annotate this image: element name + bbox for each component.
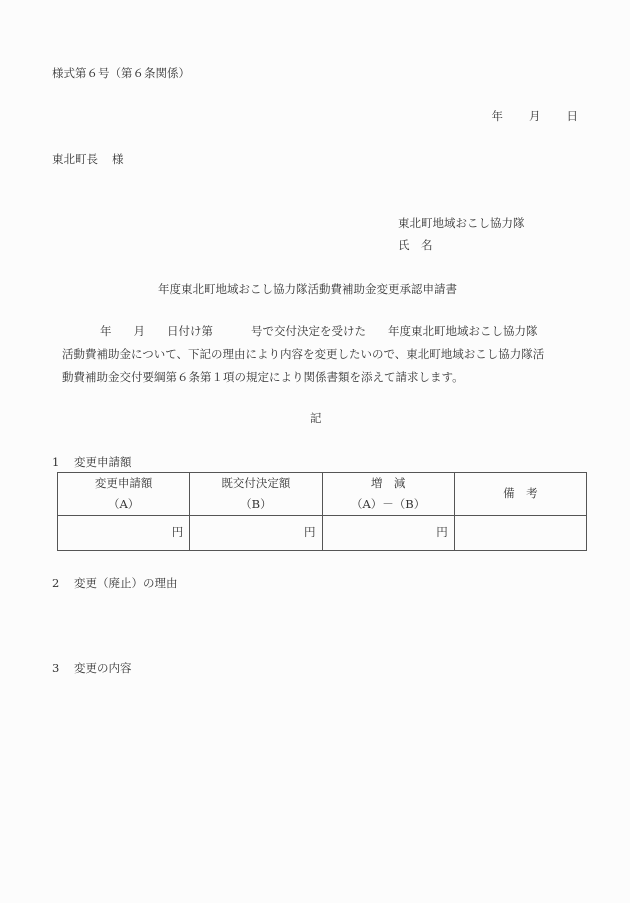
header-existing-amount: 既交付決定額 （B） bbox=[190, 473, 322, 516]
addressee-honorific: 様 bbox=[112, 152, 124, 166]
body-line-1: 年月日付け第号で交付決定を受けた年度東北町地域おこし協力隊 bbox=[62, 326, 592, 349]
ki-heading: 記 bbox=[310, 413, 322, 425]
section-number: 2 bbox=[52, 578, 74, 590]
section-number: 1 bbox=[52, 457, 74, 469]
cell-existing-amount[interactable]: 円 bbox=[190, 516, 322, 551]
amount-table: 変更申請額 （A） 既交付決定額 （B） 増 減 （A）－（B） 備 考 円 円… bbox=[57, 472, 587, 551]
applicant-organization: 東北町地域おこし協力隊 bbox=[398, 218, 525, 230]
section-2-heading: 2変更（廃止）の理由 bbox=[52, 578, 178, 590]
body-paragraph: 年月日付け第号で交付決定を受けた年度東北町地域おこし協力隊 活動費補助金について… bbox=[62, 326, 592, 395]
date-month-label: 月 bbox=[529, 111, 541, 123]
body-day-ref: 日付け第 bbox=[167, 324, 213, 338]
body-line-3: 動費補助金交付要綱第６条第１項の規定により関係書類を添えて請求します。 bbox=[62, 372, 592, 395]
section-label: 変更申請額 bbox=[74, 455, 132, 469]
header-remarks: 備 考 bbox=[454, 473, 586, 516]
header-difference: 増 減 （A）－（B） bbox=[322, 473, 454, 516]
section-label: 変更の内容 bbox=[74, 661, 132, 675]
table-header-row: 変更申請額 （A） 既交付決定額 （B） 増 減 （A）－（B） 備 考 bbox=[58, 473, 587, 516]
cell-difference[interactable]: 円 bbox=[322, 516, 454, 551]
date-year-label: 年 bbox=[492, 111, 504, 123]
section-3-heading: 3変更の内容 bbox=[52, 663, 132, 675]
body-number-ref: 号で交付決定を受けた bbox=[251, 324, 366, 338]
cell-remarks[interactable] bbox=[454, 516, 586, 551]
cell-requested-amount[interactable]: 円 bbox=[58, 516, 190, 551]
applicant-block: 東北町地域おこし協力隊 氏 名 bbox=[398, 218, 525, 251]
header-requested-amount: 変更申請額 （A） bbox=[58, 473, 190, 516]
body-month-label: 月 bbox=[134, 324, 146, 338]
date-day-label: 日 bbox=[567, 111, 579, 123]
date-field: 年 月 日 bbox=[492, 111, 579, 123]
body-year-label: 年 bbox=[100, 324, 112, 338]
section-number: 3 bbox=[52, 663, 74, 675]
section-label: 変更（廃止）の理由 bbox=[74, 576, 178, 590]
document-title: 年度東北町地域おこし協力隊活動費補助金変更承認申請書 bbox=[158, 284, 457, 296]
addressee-name: 東北町長 bbox=[52, 152, 98, 166]
table-row: 円 円 円 bbox=[58, 516, 587, 551]
form-number: 様式第６号（第６条関係） bbox=[52, 68, 190, 80]
body-line-2: 活動費補助金について、下記の理由により内容を変更したいので、東北町地域おこし協力… bbox=[62, 349, 592, 372]
addressee: 東北町長様 bbox=[52, 154, 124, 166]
body-fiscal-year: 年度東北町地域おこし協力隊 bbox=[388, 324, 538, 338]
section-1-heading: 1変更申請額 bbox=[52, 457, 132, 469]
applicant-name-label: 氏 名 bbox=[398, 240, 525, 252]
